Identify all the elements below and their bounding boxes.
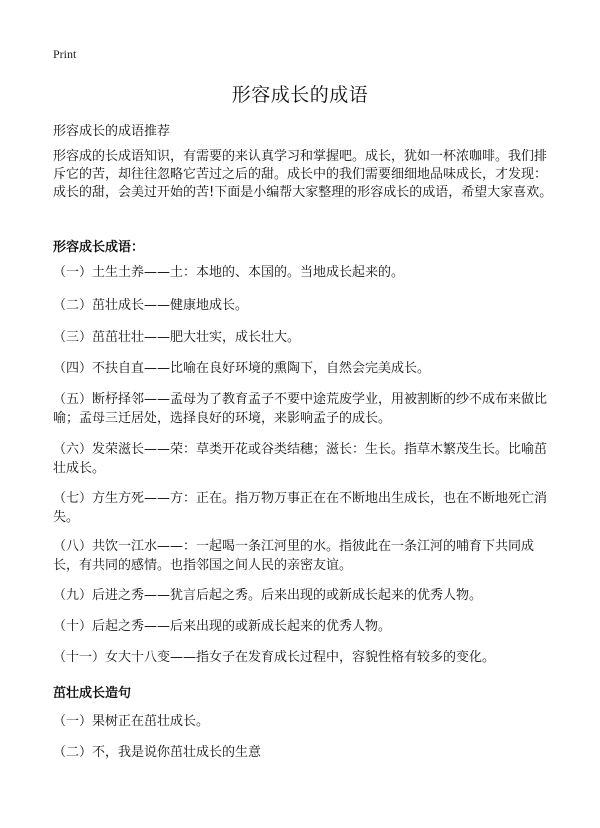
subtitle: 形容成长的成语推荐 xyxy=(53,120,170,139)
list-item: （九）后进之秀——犹言后起之秀。后来出现的或新成长起来的优秀人物。 xyxy=(53,586,553,605)
list-item: （二）茁壮成长——健康地成长。 xyxy=(53,296,553,315)
list-item: （一）果树正在茁壮成长。 xyxy=(53,712,553,731)
print-label: Print xyxy=(53,47,76,62)
list-item: （十）后起之秀——后来出现的或新成长起来的优秀人物。 xyxy=(53,617,553,636)
section-heading-idioms: 形容成长成语： xyxy=(53,236,144,255)
intro-paragraph: 形容成的长成语知识，有需要的来认真学习和掌握吧。成长，犹如一杯浓咖啡。我们排斥它… xyxy=(53,148,553,202)
list-item: （七）方生方死——方：正在。指万物万事正在在不断地出生成长，也在不断地死亡消失。 xyxy=(53,489,553,527)
list-item: （八）共饮一江水——：一起喝一条江河里的水。指彼此在一条江河的哺育下共同成长，有… xyxy=(53,537,553,575)
list-item: （四）不扶自直——比喻在良好环境的熏陶下，自然会完美成长。 xyxy=(53,359,553,378)
page-title: 形容成长的成语 xyxy=(0,80,600,107)
list-item: （十一）女大十八变——指女子在发育成长过程中，容貌性格有较多的变化。 xyxy=(53,648,553,667)
list-item: （二）不，我是说你茁壮成长的生意 xyxy=(53,743,553,762)
list-item: （一）土生土养——土：本地的、本国的。当地成长起来的。 xyxy=(53,263,553,282)
section-heading-sentences: 茁壮成长造句 xyxy=(53,682,131,701)
document-page: Print 形容成长的成语 形容成长的成语推荐 形容成的长成语知识，有需要的来认… xyxy=(0,0,600,828)
list-item: （六）发荣滋长——荣：草类开花或谷类结穗；滋长：生长。指草木繁茂生长。比喻茁壮成… xyxy=(53,440,553,478)
list-item: （五）断杼择邻——孟母为了教育孟子不要中途荒废学业，用被割断的纱不成布来做比喻；… xyxy=(53,390,553,428)
list-item: （三）茁茁壮壮——肥大壮实，成长壮大。 xyxy=(53,328,553,347)
